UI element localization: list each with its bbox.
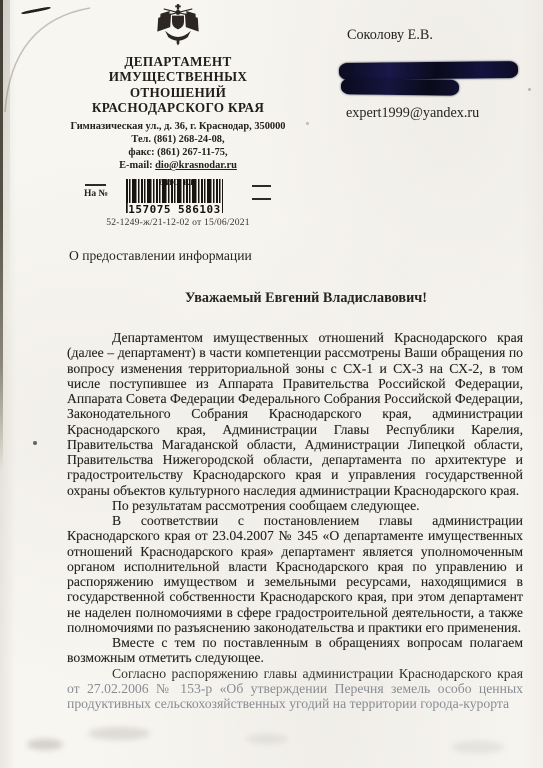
org-fax: факс: (861) 267-11-75,: [36, 146, 320, 159]
scan-smudge: [88, 727, 150, 740]
blank-field-line: [252, 198, 271, 200]
registration-barcode: 157075 586103: [126, 179, 223, 213]
barcode-digits: 157075 586103: [127, 203, 222, 216]
blank-field-line: [85, 184, 106, 186]
org-name-line: ДЕПАРТАМЕНТ: [36, 54, 320, 69]
org-email-label: E-mail:: [119, 160, 155, 171]
recipient-email: expert1999@yandex.ru: [346, 105, 479, 122]
org-name-line: ИМУЩЕСТВЕННЫХ: [36, 69, 320, 84]
org-phone: Тел. (861) 268-24-08,: [36, 133, 320, 146]
body-paragraph: Вместе с тем по поставленным в обращения…: [67, 635, 523, 666]
body-paragraph: По результатам рассмотрения сообщаем сле…: [67, 498, 523, 513]
body-paragraph-faded: Согласно распоряжению главы администраци…: [67, 666, 523, 712]
letterhead: ДЕПАРТАМЕНТ ИМУЩЕСТВЕННЫХ ОТНОШЕНИЙ КРАС…: [36, 4, 320, 187]
body-paragraph: В соответствии с постановлением главы ад…: [67, 513, 523, 635]
redaction-bar: [341, 78, 459, 95]
org-email: E-mail: dio@krasnodar.ru: [36, 159, 320, 172]
scanned-letter-page: ДЕПАРТАМЕНТ ИМУЩЕСТВЕННЫХ ОТНОШЕНИЙ КРАС…: [0, 0, 543, 768]
redaction-bar: [339, 61, 518, 80]
org-name: ДЕПАРТАМЕНТ ИМУЩЕСТВЕННЫХ ОТНОШЕНИЙ КРАС…: [36, 54, 320, 116]
org-address: Гимназическая ул., д. 36, г. Краснодар, …: [36, 120, 320, 133]
recipient-name: Соколову Е.В.: [347, 27, 433, 44]
scan-speck: [33, 441, 37, 445]
body-paragraph: Департаментом имущественных отношений Кр…: [67, 330, 523, 498]
blank-field-line: [252, 185, 271, 187]
reply-to-number-label: На №: [84, 189, 108, 199]
coat-of-arms-icon: [155, 4, 201, 52]
scan-smudge: [452, 741, 504, 753]
scan-smudge: [246, 734, 288, 744]
org-name-line: ОТНОШЕНИЙ: [36, 85, 320, 100]
salutation: Уважаемый Евгений Владиславович!: [90, 290, 522, 307]
subject-line: О предоставлении информации: [69, 248, 252, 264]
org-email-address: dio@krasnodar.ru: [155, 160, 237, 171]
letter-body: Департаментом имущественных отношений Кр…: [67, 330, 523, 711]
org-contacts: Гимназическая ул., д. 36, г. Краснодар, …: [36, 120, 320, 173]
org-name-line: КРАСНОДАРСКОГО КРАЯ: [36, 100, 320, 115]
scan-speck: [528, 88, 531, 91]
scan-smudge: [27, 739, 63, 750]
outgoing-reference-number: 52-1249-ж/21-12-02 от 15/06/2021: [36, 217, 320, 228]
